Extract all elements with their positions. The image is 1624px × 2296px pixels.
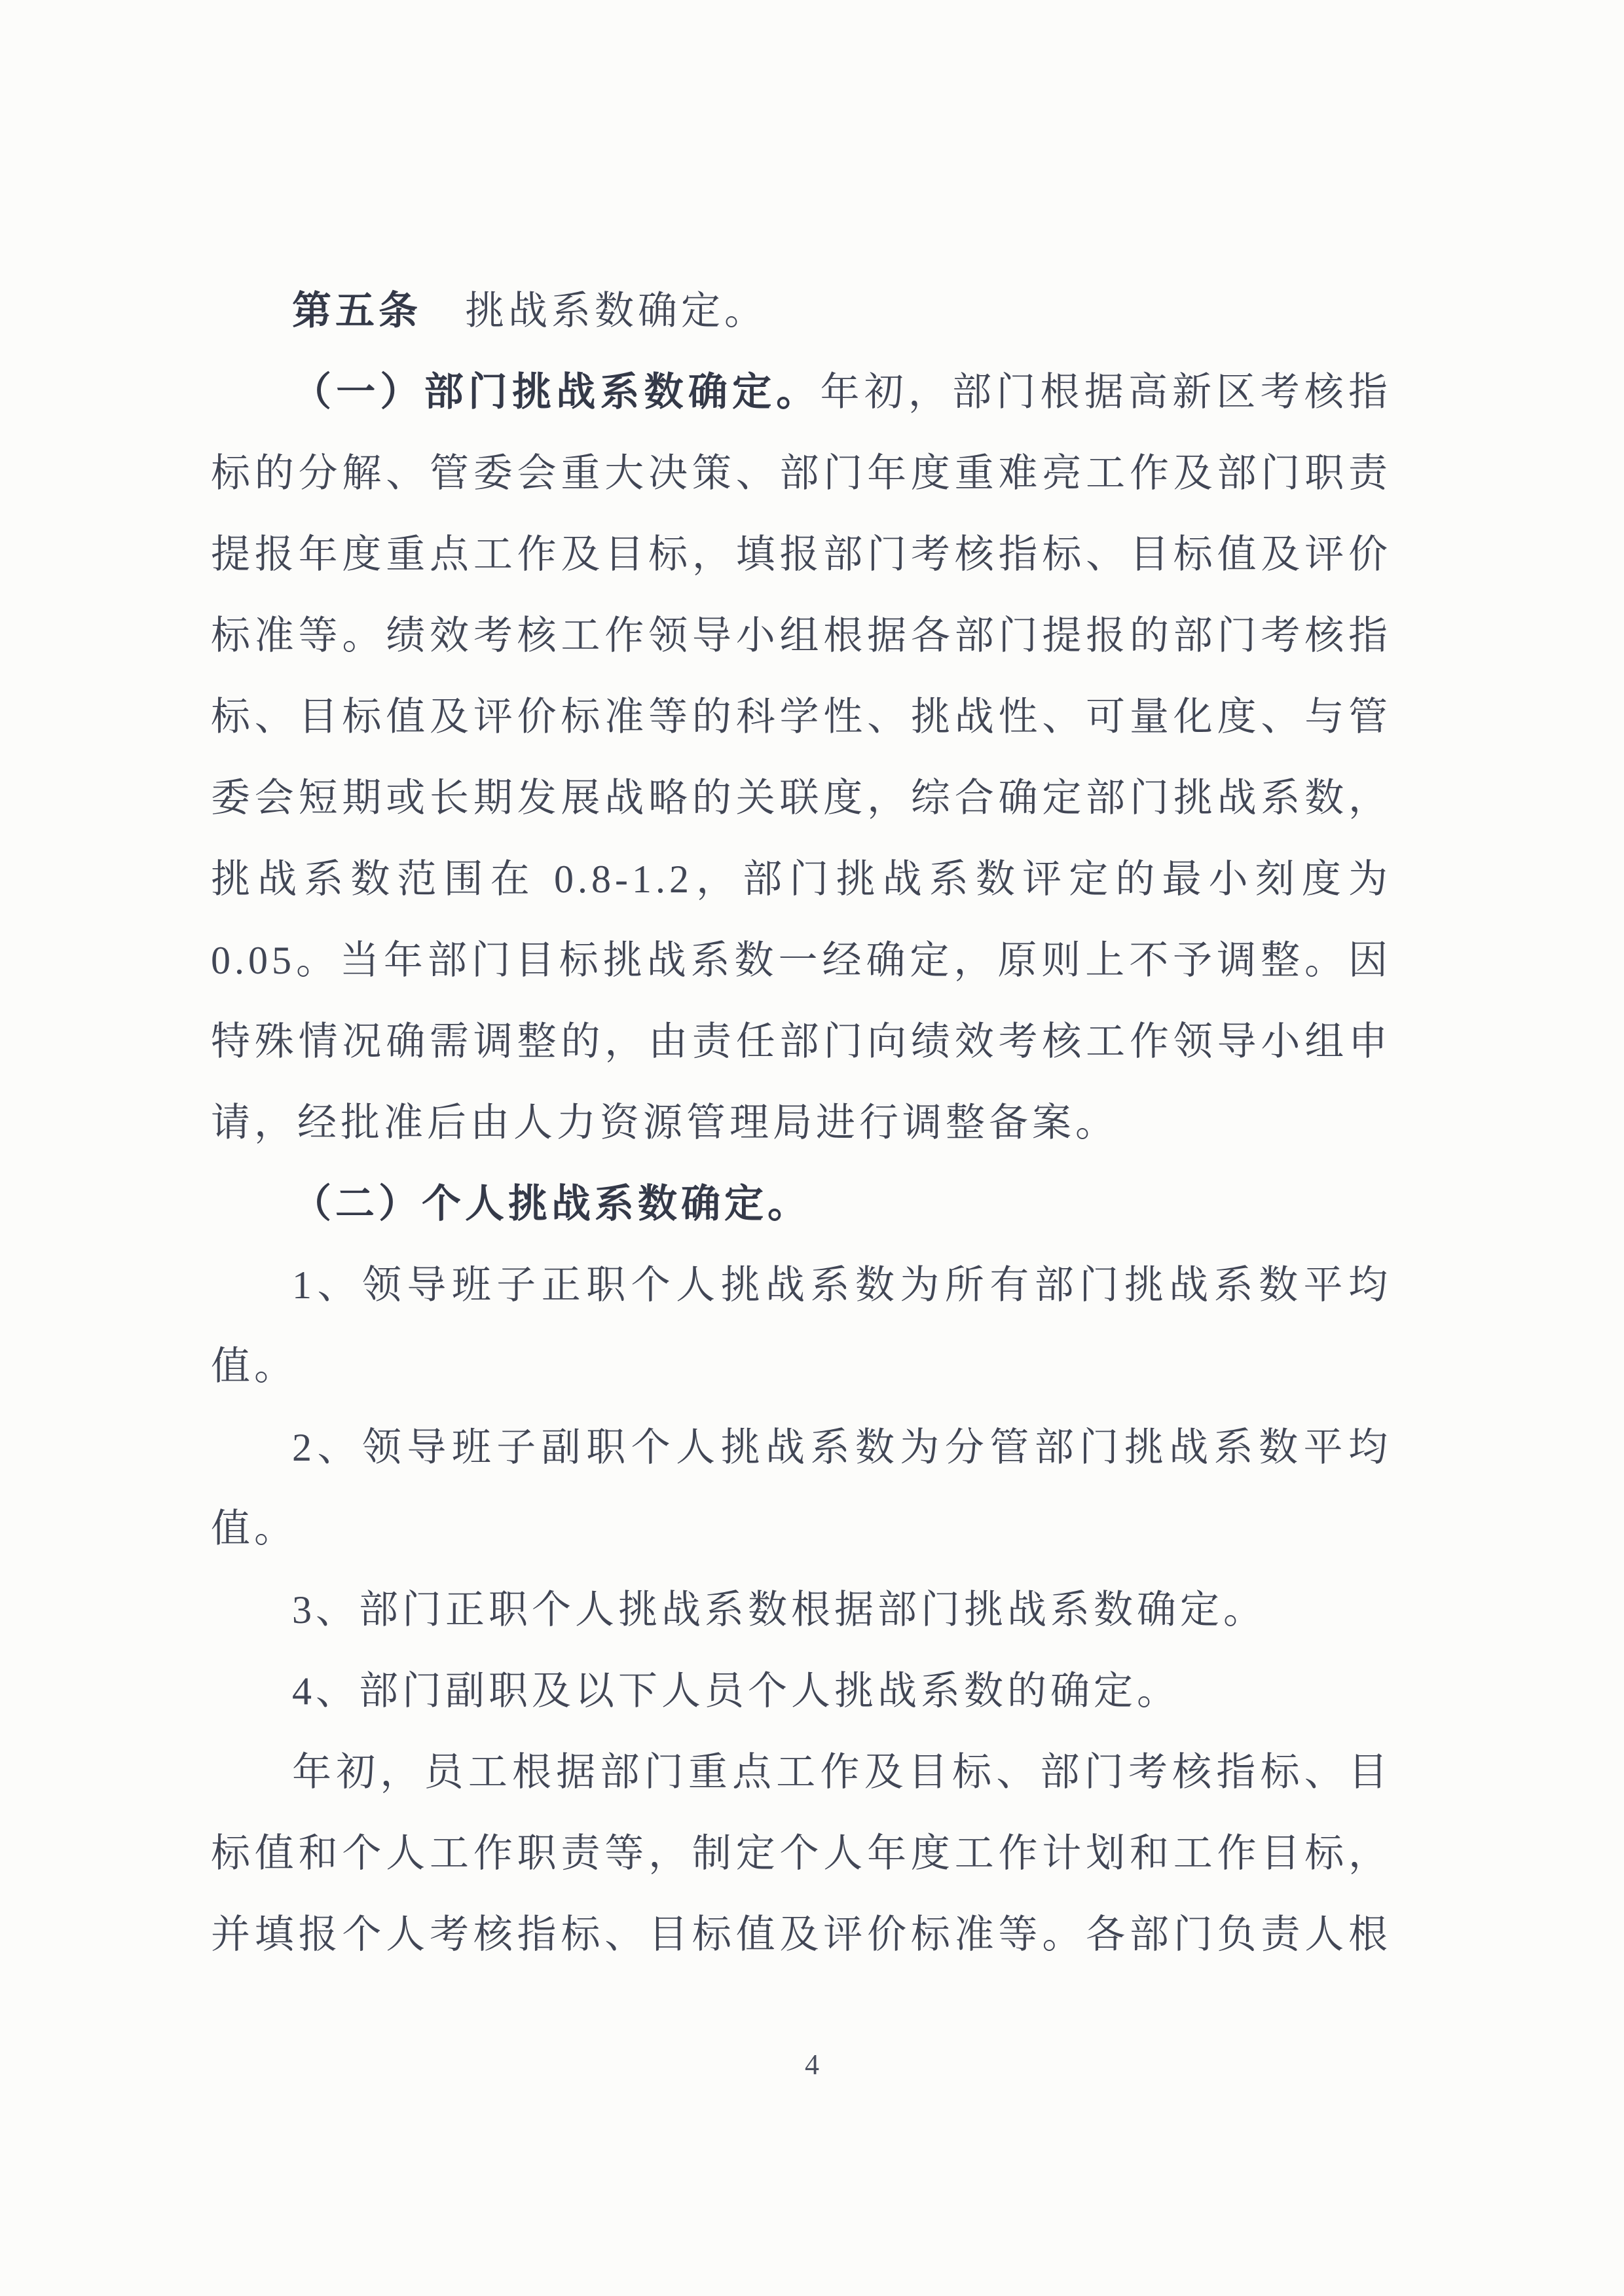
list-item-4: 4、部门副职及以下人员个人挑战系数的确定。 [292, 1669, 1180, 1713]
text-line: 特殊情况确需调整的，由责任部门向绩效考核工作领导小组申 [211, 1001, 1392, 1082]
text-line: 4、部门副职及以下人员个人挑战系数的确定。 [211, 1650, 1392, 1732]
text-line: 标值和个人工作职责等，制定个人年度工作计划和工作目标， [211, 1813, 1392, 1894]
text-run: 0.05。当年部门目标挑战系数一经确定，原则上不予调整。因 [211, 939, 1392, 982]
text-run: 值。 [211, 1507, 297, 1550]
text-line: 1、领导班子正职个人挑战系数为所有部门挑战系数平均 [211, 1245, 1392, 1326]
text-line: 0.05。当年部门目标挑战系数一经确定，原则上不予调整。因 [211, 920, 1392, 1001]
text-line: 3、部门正职个人挑战系数根据部门挑战系数确定。 [211, 1569, 1392, 1650]
list-item-2: 2、领导班子副职个人挑战系数为分管部门挑战系数平均 [292, 1426, 1392, 1469]
text-line: 请，经批准后由人力资源管理局进行调整备案。 [211, 1082, 1392, 1163]
text-line: 挑战系数范围在 0.8-1.2，部门挑战系数评定的最小刻度为 [211, 839, 1392, 920]
text-line: （二）个人挑战系数确定。 [211, 1163, 1392, 1245]
section-1-heading: （一）部门挑战系数确定。 [292, 371, 821, 414]
document-body-text: 第五条 挑战系数确定。 （一）部门挑战系数确定。年初，部门根据高新区考核指 标的… [211, 270, 1392, 1975]
article-number: 第五条 [292, 289, 422, 333]
text-run: 标、目标值及评价标准等的科学性、挑战性、可量化度、与管 [211, 695, 1392, 738]
text-line: 委会短期或长期发展战略的关联度，综合确定部门挑战系数， [211, 757, 1392, 839]
text-line: 值。 [211, 1326, 1392, 1407]
text-line: 值。 [211, 1488, 1392, 1569]
text-line: 标的分解、管委会重大决策、部门年度重难亮工作及部门职责 [211, 433, 1392, 514]
text-run: 值。 [211, 1345, 297, 1388]
text-run: 委会短期或长期发展战略的关联度，综合确定部门挑战系数， [211, 776, 1392, 820]
text-line: 并填报个人考核指标、目标值及评价标准等。各部门负责人根 [211, 1894, 1392, 1975]
article-title: 挑战系数确定。 [422, 289, 767, 333]
text-run: 年初，部门根据高新区考核指 [821, 371, 1392, 414]
list-item-1: 1、领导班子正职个人挑战系数为所有部门挑战系数平均 [292, 1264, 1392, 1307]
text-line: 2、领导班子副职个人挑战系数为分管部门挑战系数平均 [211, 1407, 1392, 1488]
page-number: 4 [0, 2048, 1624, 2081]
text-line: 标、目标值及评价标准等的科学性、挑战性、可量化度、与管 [211, 676, 1392, 757]
text-line: （一）部门挑战系数确定。年初，部门根据高新区考核指 [211, 352, 1392, 433]
text-run: 标的分解、管委会重大决策、部门年度重难亮工作及部门职责 [211, 452, 1392, 495]
text-line: 提报年度重点工作及目标，填报部门考核指标、目标值及评价 [211, 514, 1392, 595]
text-run: 特殊情况确需调整的，由责任部门向绩效考核工作领导小组申 [211, 1020, 1392, 1063]
text-line: 年初，员工根据部门重点工作及目标、部门考核指标、目 [211, 1732, 1392, 1813]
text-run: 挑战系数范围在 0.8-1.2，部门挑战系数评定的最小刻度为 [211, 858, 1392, 901]
text-run: 年初，员工根据部门重点工作及目标、部门考核指标、目 [292, 1751, 1392, 1794]
section-2-heading: （二）个人挑战系数确定。 [292, 1182, 811, 1226]
text-run: 提报年度重点工作及目标，填报部门考核指标、目标值及评价 [211, 533, 1392, 576]
text-run: 请，经批准后由人力资源管理局进行调整备案。 [211, 1101, 1118, 1144]
text-line: 标准等。绩效考核工作领导小组根据各部门提报的部门考核指 [211, 595, 1392, 676]
document-page: 第五条 挑战系数确定。 （一）部门挑战系数确定。年初，部门根据高新区考核指 标的… [0, 0, 1624, 2296]
article-heading-line: 第五条 挑战系数确定。 [211, 270, 1392, 352]
text-run: 标值和个人工作职责等，制定个人年度工作计划和工作目标， [211, 1832, 1392, 1875]
text-run: 标准等。绩效考核工作领导小组根据各部门提报的部门考核指 [211, 614, 1392, 657]
text-run: 并填报个人考核指标、目标值及评价标准等。各部门负责人根 [211, 1913, 1392, 1956]
list-item-3: 3、部门正职个人挑战系数根据部门挑战系数确定。 [292, 1588, 1266, 1631]
